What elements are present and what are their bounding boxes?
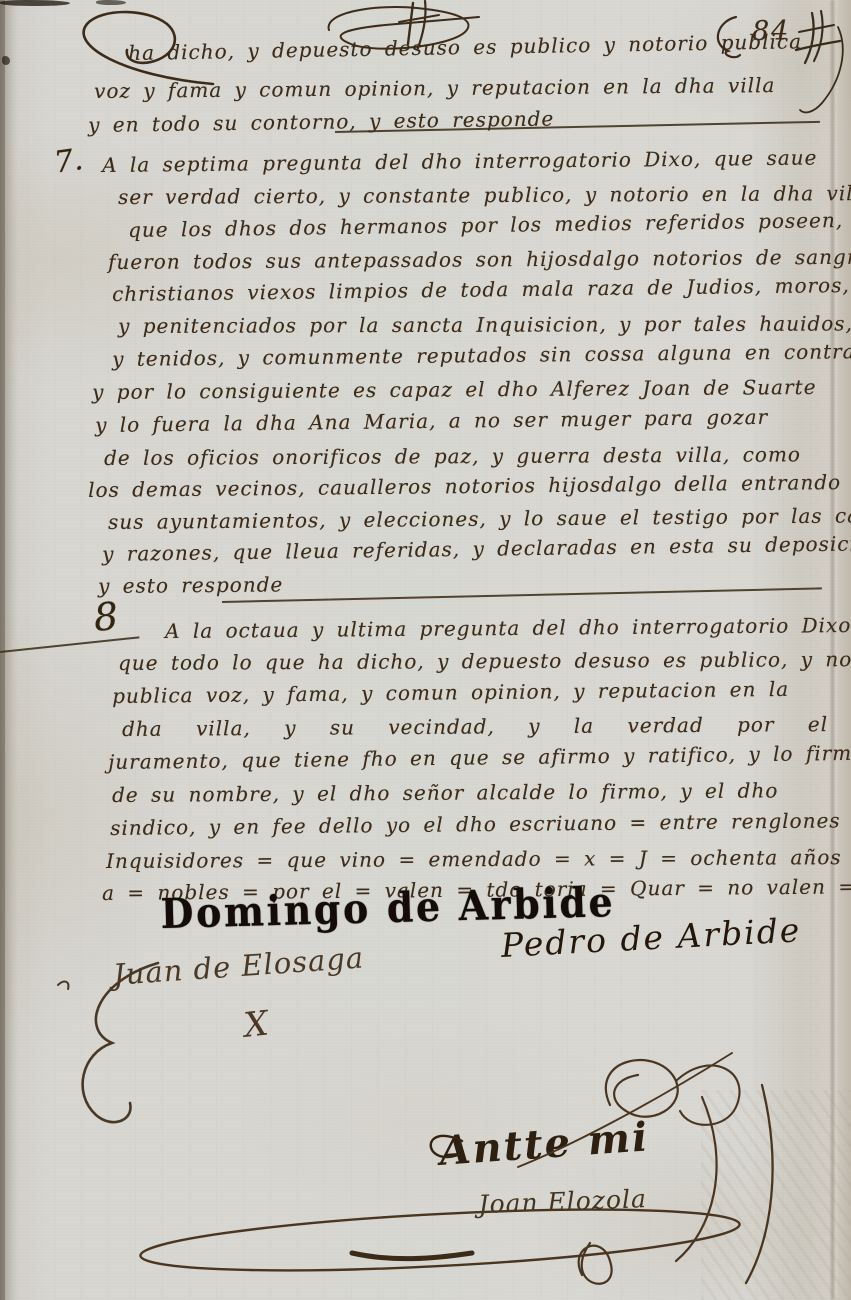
torn-edge-blotch — [0, 1280, 262, 1300]
manuscript-line: que todo lo que ha dicho, y depuesto des… — [118, 648, 851, 675]
notarial-flourish — [90, 1045, 851, 1300]
manuscript-line: y esto responde — [98, 573, 283, 598]
manuscript-line: y penitenciados por la sancta Inquisicio… — [118, 312, 851, 338]
manuscript-line: fueron todos sus antepassados son hijosd… — [108, 246, 851, 274]
manuscript-line: A la septima pregunta del dho interrogat… — [102, 147, 818, 177]
attestation-lead-swash — [431, 1136, 462, 1157]
manuscript-line: y en todo su contorno, y esto responde — [88, 107, 554, 137]
manuscript-line: dha villa, y su vecindad, y la verdad po… — [122, 713, 828, 741]
flourish-thick-dash — [352, 1253, 472, 1259]
manuscript-line: sindico, y en fee dello yo el dho escriu… — [110, 809, 851, 840]
flourish-figure8 — [579, 1243, 612, 1284]
margin-speck — [2, 56, 10, 65]
manuscript-line: y lo fuera la dha Ana Maria, a no ser mu… — [95, 406, 768, 437]
signature-rubric-x: X — [242, 1003, 270, 1045]
manuscript-line: voz y fama y comun opinion, y reputacion… — [94, 74, 775, 103]
manuscript-line: ser verdad cierto, y constante publico, … — [118, 182, 851, 209]
manuscript-line: los demas vecinos, caualleros notorios h… — [88, 471, 851, 502]
manuscript-page: 84 ha dicho, y depuesto desuso es public… — [0, 0, 851, 1300]
swash-dot — [58, 982, 68, 989]
folio-mark-stem-1 — [805, 13, 814, 63]
line-filler-rule — [222, 587, 822, 603]
bottom-edge-stain — [0, 1270, 420, 1300]
manuscript-line: Inquisidores = que vino = emendado = x =… — [106, 846, 851, 873]
margin-number-7: 7. — [52, 142, 85, 181]
manuscript-line: y por lo consiguiente es capaz el dho Al… — [92, 376, 817, 404]
flourish-loop-2 — [676, 1066, 740, 1125]
flourish-vertical — [746, 1085, 773, 1283]
manuscript-line: que los dhos dos hermanos por los medios… — [128, 209, 851, 242]
manuscript-line: sus ayuntamientos, y elecciones, y lo sa… — [108, 504, 851, 534]
manuscript-line: y tenidos, y comunmente reputados sin co… — [112, 340, 851, 371]
manuscript-line: y razones, que lleua referidas, y declar… — [102, 532, 851, 566]
manuscript-line: publica voz, y fama, y comun opinion, y … — [112, 678, 789, 708]
manuscript-line: de su nombre, y el dho señor alcalde lo … — [112, 779, 778, 807]
edge-speck — [291, 1294, 309, 1300]
folio-mark-stem-2 — [814, 11, 823, 61]
manuscript-line: juramento, que tiene fho en que se afirm… — [108, 742, 851, 774]
manuscript-line: de los oficios onorificos de paz, y guer… — [104, 443, 801, 470]
flourish-loop-1 — [606, 1060, 678, 1117]
manuscript-line: christianos viexos limpios de toda mala … — [112, 274, 850, 306]
edge-speck-2 — [334, 1297, 346, 1300]
manuscript-line: A la octaua y ultima pregunta del dho in… — [165, 614, 851, 643]
folio-mark-cross — [799, 25, 834, 32]
margin-number-8: 8 — [92, 594, 120, 640]
